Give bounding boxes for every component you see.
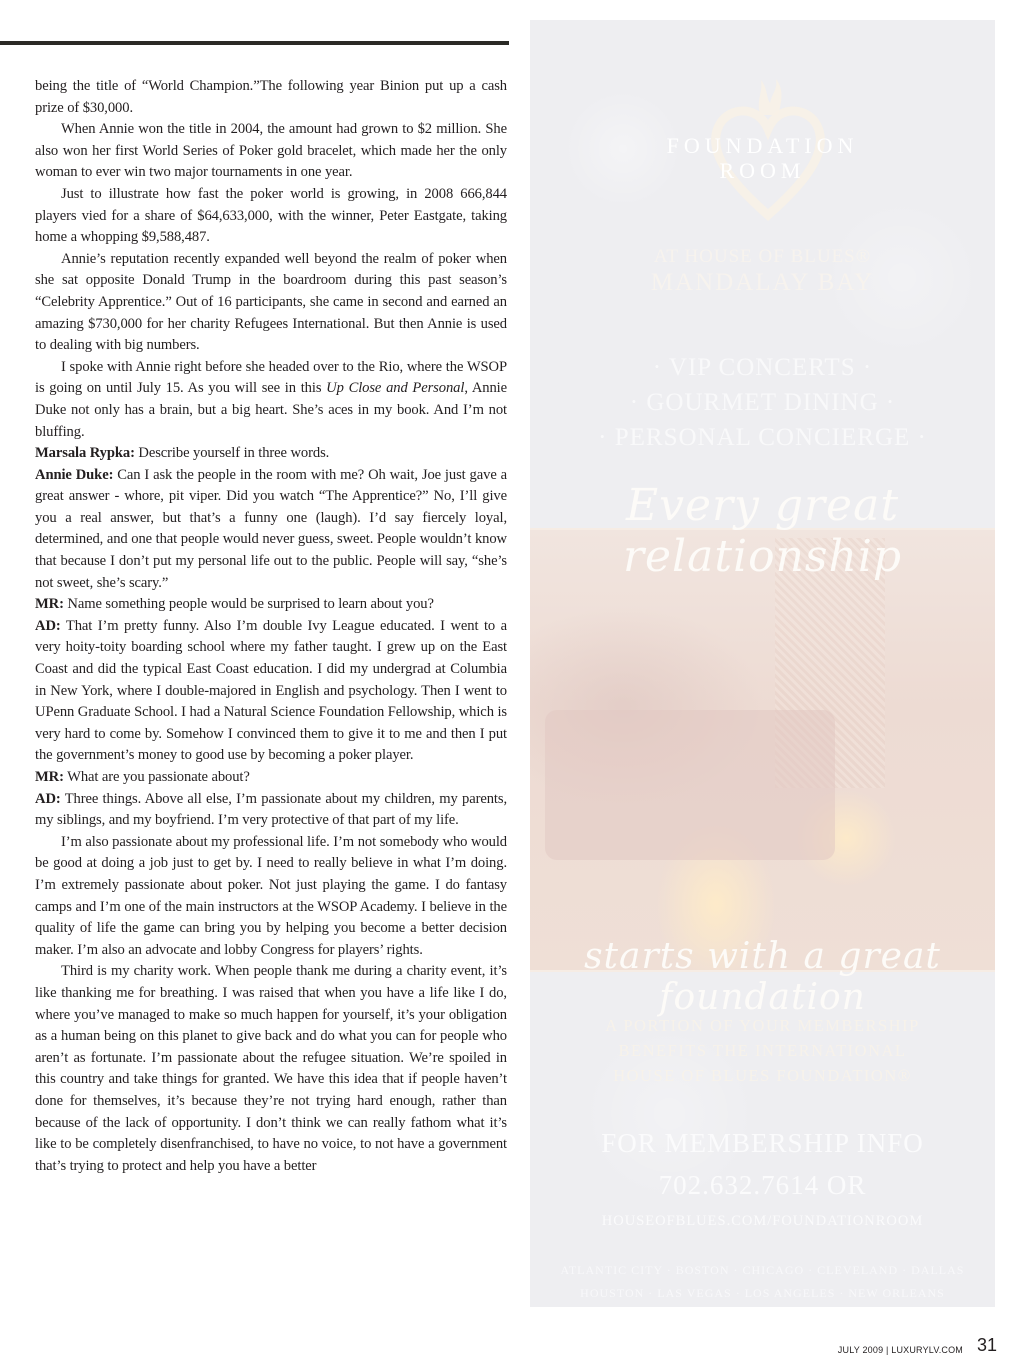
ad-logo-room: Room	[530, 158, 995, 184]
paragraph-text: being the title of “World Champion.”The …	[35, 78, 507, 116]
ad-portion-line3: House of Blues Foundation®	[530, 1066, 995, 1086]
speaker-label: Annie Duke:	[35, 467, 113, 483]
paragraph-text: Third is my charity work. When people th…	[35, 963, 507, 1173]
ad-phone-number: 702.632.7614 or	[530, 1170, 995, 1201]
ad-logo-foundation: Foundation	[530, 133, 995, 159]
paragraph-text: When Annie won the title in 2004, the am…	[35, 121, 507, 180]
paragraph-text: Annie’s reputation recently expanded wel…	[35, 251, 507, 353]
paragraph-text: That I’m pretty funny. Also I’m double I…	[35, 618, 507, 764]
photo-sofa	[545, 710, 835, 860]
top-rule-divider	[0, 41, 509, 45]
interview-line: Marsala Rypka: Describe yourself in thre…	[35, 443, 507, 465]
article-body: being the title of “World Champion.”The …	[35, 76, 507, 1177]
ad-membership-title: For Membership Info	[530, 1128, 995, 1159]
speaker-label: Marsala Rypka:	[35, 445, 135, 461]
speaker-label: MR:	[35, 769, 64, 785]
interview-line: AD: Three things. Above all else, I’m pa…	[35, 789, 507, 832]
interview-line: Annie Duke: Can I ask the people in the …	[35, 465, 507, 595]
speaker-label: AD:	[35, 618, 61, 634]
speaker-label: AD:	[35, 791, 61, 807]
page-folio: JULY 2009 | LUXURYLV.COM	[838, 1345, 963, 1355]
paragraph-text: Just to illustrate how fast the poker wo…	[35, 186, 507, 245]
ad-portion-line1: A portion of your membership	[530, 1016, 995, 1036]
interview-line: AD: That I’m pretty funny. Also I’m doub…	[35, 616, 507, 767]
speaker-label: MR:	[35, 596, 64, 612]
interview-line: MR: What are you passionate about?	[35, 767, 507, 789]
ad-feature-gourmet-dining: · Gourmet Dining ·	[530, 389, 995, 417]
ad-location-house-of-blues: At House of Blues®	[530, 246, 995, 268]
article-paragraph: I’m also passionate about my professiona…	[35, 832, 507, 962]
article-paragraph: being the title of “World Champion.”The …	[35, 76, 507, 119]
column-title-italic: Up Close and Personal	[326, 380, 464, 396]
ad-tagline-line2: starts with a great foundation	[530, 936, 995, 1018]
paragraph-text: Three things. Above all else, I’m passio…	[35, 791, 507, 829]
article-paragraph: When Annie won the title in 2004, the am…	[35, 119, 507, 184]
ad-cities-line2: Houston · Las Vegas · Los Angeles · New …	[530, 1286, 995, 1301]
ad-lounge-photo	[530, 528, 995, 972]
article-paragraph: Third is my charity work. When people th…	[35, 961, 507, 1177]
ad-website-link[interactable]: houseofblues.com/foundationroom	[530, 1213, 995, 1230]
foundation-room-advertisement: Foundation Room At House of Blues® Manda…	[530, 20, 995, 1307]
ad-feature-vip-concerts: · VIP Concerts ·	[530, 354, 995, 382]
article-paragraph: Annie’s reputation recently expanded wel…	[35, 249, 507, 357]
paragraph-text: Describe yourself in three words.	[135, 445, 329, 461]
paragraph-text: I’m also passionate about my professiona…	[35, 834, 507, 958]
paragraph-text: Can I ask the people in the room with me…	[35, 467, 507, 591]
page-number: 31	[977, 1335, 997, 1356]
ad-feature-personal-concierge: · Personal Concierge ·	[530, 424, 995, 452]
ad-cities-line1: Atlantic City · Boston · Chicago · Cleve…	[530, 1263, 995, 1278]
interview-line: MR: Name something people would be surpr…	[35, 594, 507, 616]
ad-tagline-line1: Every great relationship	[530, 480, 995, 582]
ad-location-mandalay-bay: Mandalay Bay	[530, 269, 995, 297]
ad-portion-line2: benefits the International	[530, 1041, 995, 1061]
article-paragraph: Just to illustrate how fast the poker wo…	[35, 184, 507, 249]
paragraph-text: Name something people would be surprised…	[64, 596, 434, 612]
paragraph-text: What are you passionate about?	[64, 769, 250, 785]
article-paragraph: I spoke with Annie right before she head…	[35, 357, 507, 443]
